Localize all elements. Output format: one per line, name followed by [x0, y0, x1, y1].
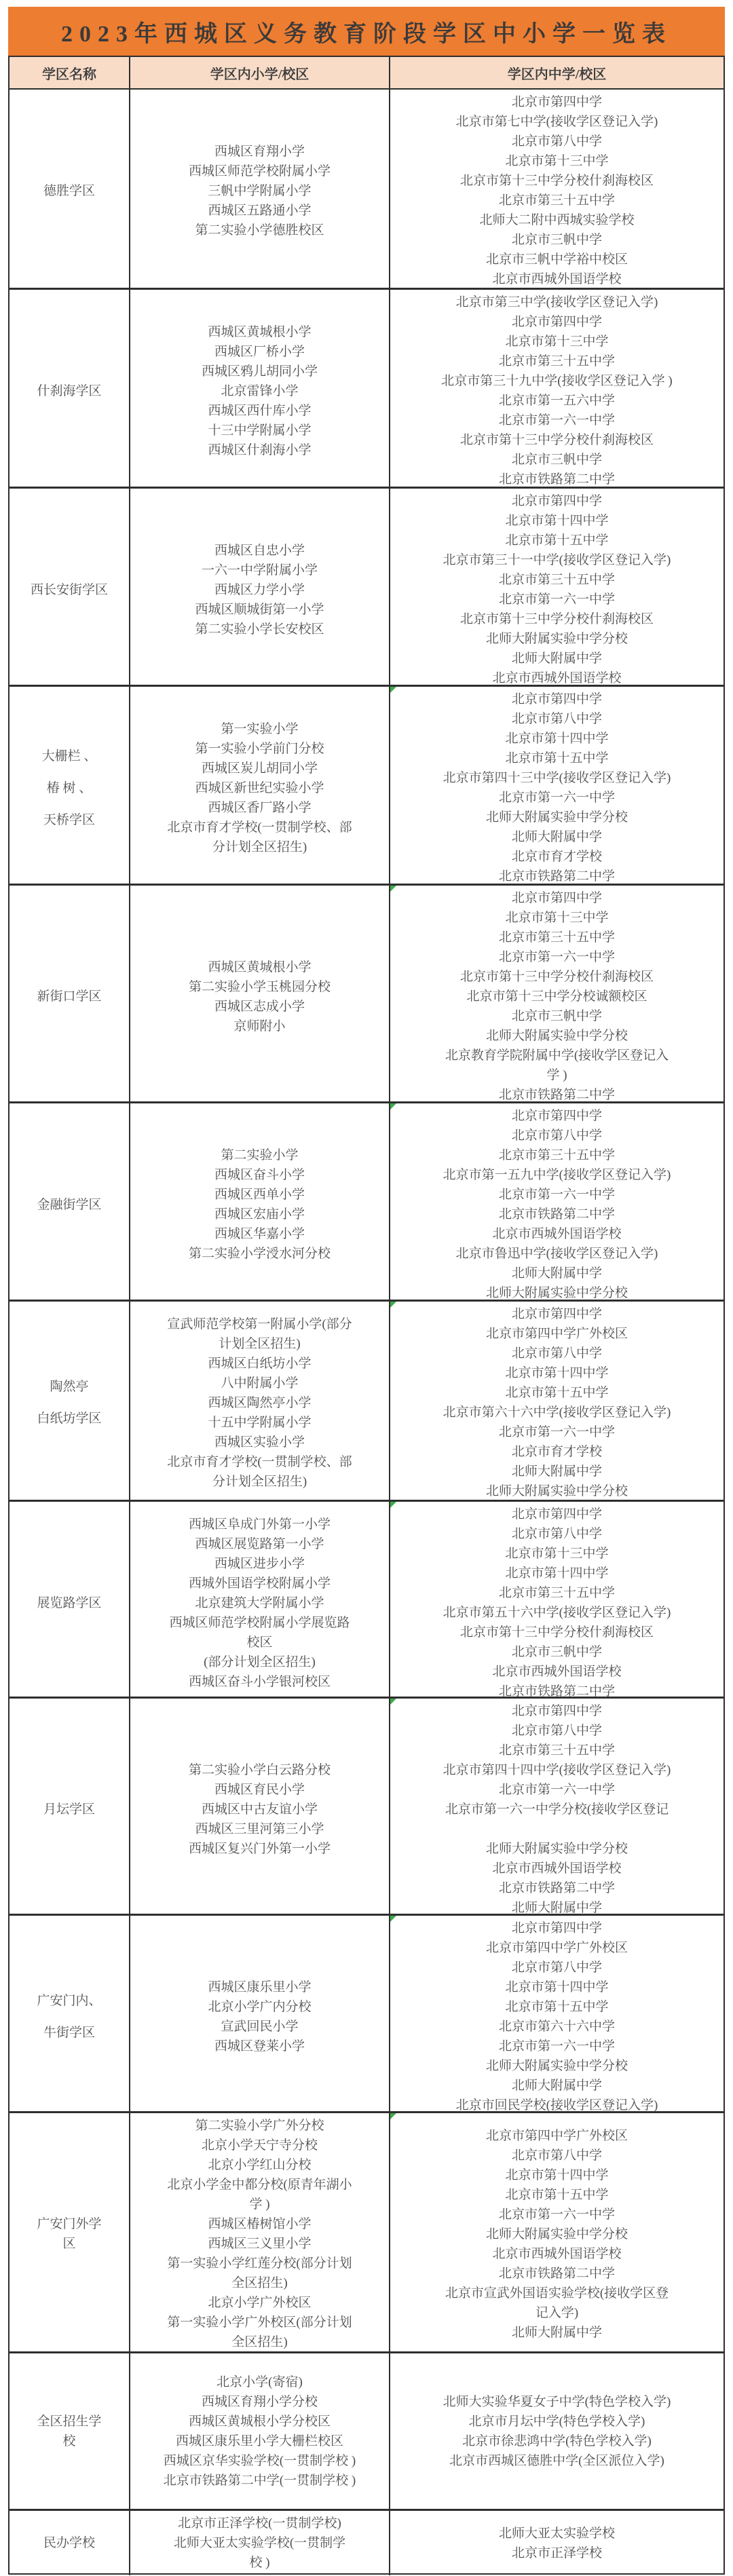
- primary-school-name: 第二实验小学: [221, 1145, 298, 1165]
- table-header-row: 学区名称 学区内小学/校区 学区内中学/校区: [10, 57, 723, 90]
- secondary-school-name: 北京市三帆中学: [512, 230, 602, 250]
- secondary-school-name: 北京市第四中学: [512, 312, 602, 332]
- secondary-school-name: 北京市西城外国语学校: [492, 668, 621, 688]
- primary-school-name: 十三中学附属小学: [208, 421, 311, 440]
- table-row: 西长安街学区西城区自忠小学一六一中学附属小学西城区力学小学西城区顺城街第一小学第…: [10, 487, 723, 685]
- secondary-school-name: 北京市第十四中学: [505, 1564, 608, 1583]
- primary-school-name: 西城区志成小学: [214, 997, 305, 1017]
- secondary-school-name: 北师大亚太实验学校: [499, 2524, 615, 2543]
- secondary-school-name: 北京市铁路第二中学: [499, 2264, 615, 2284]
- district-name-line: 什刹海学区: [37, 381, 101, 401]
- secondary-school-name: 北京市第十四中学: [505, 2165, 608, 2185]
- district-name-line: 德胜学区: [43, 181, 95, 201]
- primary-school-name: 北京市育才学校(一贯制学校、部 分计划全区招生): [167, 818, 352, 857]
- district-name-line: 区: [62, 2234, 75, 2254]
- secondary-school-name: 北京市第四中学: [512, 1918, 602, 1938]
- secondary-school-name: 北京市第一六一中学分校(接收学区登记: [445, 1800, 669, 1819]
- secondary-school-name: 北京市铁路第二中学: [499, 470, 615, 489]
- excel-green-triangle-icon: [390, 687, 396, 693]
- primary-school-name: 西城区五路通小学: [208, 201, 311, 221]
- primary-school-name: 京师附小: [233, 1017, 285, 1036]
- secondary-school-name: 北京市月坛中学(特色学校入学): [469, 2412, 645, 2431]
- secondary-schools-cell: 北京市第四中学北京市第十三中学北京市第三十五中学北京市第一六一中学北京市第十三中…: [390, 886, 723, 1107]
- secondary-schools-cell: 北师大亚太实验学校北京市正泽学校: [390, 2511, 723, 2575]
- district-name-line: 全区招生学: [37, 2412, 101, 2431]
- secondary-school-name: 北京市第十三中学: [505, 151, 608, 171]
- primary-school-name: 北京建筑大学附属小学: [195, 1593, 324, 1613]
- table-row: 民办学校北京市正泽学校(一贯制学校)北师大亚太实验学校(一贯制学 校 )北师大亚…: [10, 2509, 723, 2573]
- secondary-school-name: 北京市第八中学: [512, 1344, 602, 1363]
- primary-school-name: 西城区黄城根小学: [208, 958, 311, 977]
- primary-school-name: 西城区陶然亭小学: [208, 1393, 311, 1413]
- secondary-school-name: 北京市第十四中学: [505, 1977, 608, 1997]
- primary-school-name: 西城区黄城根小学分校区: [189, 2412, 331, 2431]
- secondary-school-name: 北京市第十三中学分校什刹海校区: [460, 430, 654, 450]
- district-name-cell: 陶然亭白纸坊学区: [10, 1302, 130, 1504]
- secondary-school-name: 北京市鲁迅中学(接收学区登记入学): [456, 1244, 658, 1264]
- primary-school-name: 北京小学广外校区: [208, 2293, 311, 2313]
- secondary-school-name: 北京市第六十六中学: [499, 2017, 615, 2037]
- table-row: 陶然亭白纸坊学区宣武师范学校第一附属小学(部分 计划全区招生)西城区白纸坊小学八…: [10, 1300, 723, 1500]
- primary-schools-cell: 西城区康乐里小学北京小学广内分校宣武回民小学西城区登莱小学: [130, 1916, 390, 2118]
- secondary-school-name: 北京市第四十三中学(接收学区登记入学): [443, 768, 671, 788]
- secondary-school-name: 北京市第十三中学分校什刹海校区: [460, 967, 654, 987]
- primary-school-name: 西城区宏庙小学: [214, 1205, 305, 1224]
- primary-school-name: 北京雷锋小学: [221, 381, 298, 401]
- secondary-school-name: 北京市第三十一中学(接收学区登记入学): [443, 550, 671, 570]
- primary-school-name: 西城区师范学校附属小学展览路 校区 (部分计划全区招生): [169, 1613, 350, 1672]
- secondary-school-name: 北京市铁路第二中学: [499, 1205, 615, 1224]
- primary-school-name: 北京市正泽学校(一贯制学校): [178, 2514, 341, 2533]
- secondary-school-name: 北京市正泽学校: [512, 2543, 602, 2563]
- secondary-school-name: 北师大附属中学: [512, 1898, 602, 1918]
- primary-school-name: 西城区香厂路小学: [208, 798, 311, 818]
- primary-school-name: 第二实验小学德胜校区: [195, 221, 324, 240]
- header-district-name: 学区名称: [10, 57, 130, 88]
- district-name-line: 天桥学区: [43, 810, 95, 830]
- secondary-school-name: 北师大附属实验中学分校: [486, 1283, 628, 1303]
- secondary-school-name: 北京市第八中学: [512, 1958, 602, 1977]
- primary-schools-cell: 西城区阜成门外第一小学西城区展览路第一小学西城区进步小学西城外国语学校附属小学北…: [130, 1502, 390, 1704]
- secondary-school-name: 北京市西城区德胜中学(全区派位入学): [449, 2451, 664, 2471]
- district-name-line: 白纸坊学区: [37, 1409, 101, 1428]
- district-name-cell: 西长安街学区: [10, 489, 130, 691]
- secondary-schools-cell: 北京市第四中学北京市第七中学(接收学区登记入学)北京市第八中学北京市第十三中学北…: [390, 90, 723, 292]
- secondary-schools-cell: 北师大实验华夏女子中学(特色学校入学)北京市月坛中学(特色学校入学)北京市徐悲鸿…: [390, 2353, 723, 2509]
- secondary-schools-cell: 北京市第四中学北京市第四中学广外校区北京市第八中学北京市第十四中学北京市第十五中…: [390, 1302, 723, 1504]
- primary-school-name: 西城区阜成门外第一小学: [189, 1515, 331, 1534]
- secondary-school-name: 北师大附属中学: [512, 2076, 602, 2096]
- secondary-school-name: 北京市第一六一中学: [499, 1422, 615, 1442]
- secondary-school-name: 北京市第四中学广外校区: [486, 2126, 628, 2146]
- page: 2023年西城区义务教育阶段学区中小学一览表 学区名称 学区内小学/校区 学区内…: [0, 0, 733, 2575]
- secondary-school-name: 北京市育才学校: [512, 847, 602, 867]
- secondary-school-name: 北京市西城外国语学校: [492, 1224, 621, 1244]
- secondary-school-name: 北京市育才学校: [512, 1442, 602, 1462]
- secondary-school-name: 北京市第七中学(接收学区登记入学): [456, 112, 658, 132]
- table-row: 新街口学区西城区黄城根小学第二实验小学玉桃园分校西城区志成小学京师附小北京市第四…: [10, 884, 723, 1101]
- secondary-schools-cell: 北京市第三中学(接收学区登记入学)北京市第四中学北京市第十三中学北京市第三十五中…: [390, 290, 723, 492]
- primary-school-name: 西城区康乐里小学大栅栏校区: [176, 2431, 343, 2451]
- secondary-schools-cell: 北京市第四中学北京市第八中学北京市第三十五中学北京市第一五九中学(接收学区登记入…: [390, 1103, 723, 1306]
- district-name-line: 月坛学区: [43, 1800, 95, 1819]
- table-row: 广安门内、牛街学区西城区康乐里小学北京小学广内分校宣武回民小学西城区登莱小学北京…: [10, 1914, 723, 2111]
- secondary-school-name: 北师大附属实验中学分校: [486, 808, 628, 827]
- primary-school-name: 三帆中学附属小学: [208, 181, 311, 201]
- secondary-school-name: 北京市第四十四中学(接收学区登记入学): [443, 1760, 671, 1780]
- primary-school-name: 西城区复兴门外第一小学: [189, 1839, 331, 1859]
- excel-green-triangle-icon: [390, 1103, 396, 1110]
- secondary-school-name: 北京市铁路第二中学: [499, 1878, 615, 1898]
- secondary-school-name: 北京市第三十五中学: [499, 1741, 615, 1760]
- primary-school-name: 西城区育民小学: [214, 1780, 305, 1800]
- excel-green-triangle-icon: [390, 1302, 396, 1308]
- primary-school-name: 宣武师范学校第一附属小学(部分 计划全区招生): [167, 1314, 352, 1354]
- district-name-cell: 广安门外学区: [10, 2113, 130, 2355]
- secondary-school-name: 北京市第四中学广外校区: [486, 1324, 628, 1344]
- district-name-cell: 大栅栏 、椿 树 、天桥学区: [10, 687, 130, 889]
- primary-school-name: 一六一中学附属小学: [202, 561, 318, 580]
- primary-school-name: 西城区华嘉小学: [214, 1224, 305, 1244]
- secondary-school-name: 北京市第八中学: [512, 2146, 602, 2165]
- secondary-school-name: 北京市第一六一中学: [499, 2037, 615, 2056]
- secondary-school-name: 北京市第三十五中学: [499, 352, 615, 371]
- secondary-school-name: 北师大附属实验中学分校: [486, 1026, 628, 1046]
- primary-school-name: 北京市育才学校(一贯制学校、部 分计划全区招生): [167, 1452, 352, 1492]
- excel-green-triangle-icon: [390, 2113, 396, 2119]
- district-name-cell: 民办学校: [10, 2511, 130, 2575]
- secondary-schools-cell: 北京市第四中学北京市第四中学广外校区北京市第八中学北京市第十四中学北京市第十五中…: [390, 1916, 723, 2118]
- district-name-line: 广安门内、: [37, 1991, 101, 2011]
- secondary-school-name: 北京市第四中学: [512, 1304, 602, 1324]
- primary-school-name: 北京小学天宁寺分校: [202, 2136, 318, 2155]
- table-row: 展览路学区西城区阜成门外第一小学西城区展览路第一小学西城区进步小学西城外国语学校…: [10, 1500, 723, 1697]
- primary-school-name: 北京小学(寄宿): [217, 2372, 303, 2392]
- secondary-school-name: 北京市第十五中学: [505, 1383, 608, 1403]
- primary-school-name: 宣武回民小学: [221, 2017, 298, 2037]
- primary-schools-cell: 第一实验小学第一实验小学前门分校西城区炭儿胡同小学西城区新世纪实验小学西城区香厂…: [130, 687, 390, 889]
- secondary-school-name: 北师大附属实验中学分校: [486, 2224, 628, 2244]
- primary-school-name: 西城区京华实验学校(一贯制学校 ): [164, 2451, 356, 2471]
- secondary-school-name: 北京市第八中学: [512, 132, 602, 151]
- table-row: 德胜学区西城区育翔小学西城区师范学校附属小学三帆中学附属小学西城区五路通小学第二…: [10, 90, 723, 288]
- secondary-school-name: 北京市第八中学: [512, 1721, 602, 1741]
- secondary-school-name: 北京市第四中学: [512, 888, 602, 908]
- district-name-cell: 广安门内、牛街学区: [10, 1916, 130, 2118]
- district-name-line: 西长安街学区: [31, 580, 108, 600]
- district-name-cell: 展览路学区: [10, 1502, 130, 1704]
- district-name-cell: 新街口学区: [10, 886, 130, 1107]
- primary-school-name: 西城区西单小学: [214, 1185, 305, 1205]
- secondary-school-name: 北京市第十四中学: [505, 511, 608, 531]
- primary-school-name: 西城区中古友谊小学: [202, 1800, 318, 1819]
- primary-school-name: 第一实验小学前门分校: [195, 739, 324, 759]
- secondary-school-name: 北师大附属中学: [512, 1462, 602, 1481]
- secondary-school-name: 北京市第八中学: [512, 1524, 602, 1544]
- page-title: 2023年西城区义务教育阶段学区中小学一览表: [8, 7, 725, 56]
- primary-school-name: 西城区实验小学: [214, 1433, 305, 1452]
- excel-green-triangle-icon: [390, 886, 396, 892]
- secondary-school-name: 北京市第三十五中学: [499, 928, 615, 947]
- secondary-school-name: 北京市三帆中学: [512, 1642, 602, 1662]
- secondary-school-name: 北京市第四中学: [512, 92, 602, 112]
- district-name-line: 新街口学区: [37, 987, 101, 1006]
- header-secondary-schools: 学区内中学/校区: [390, 57, 723, 88]
- primary-school-name: 西城区康乐里小学: [208, 1977, 311, 1997]
- secondary-school-name: 北京市第一五六中学: [499, 391, 615, 411]
- secondary-school-name: 北京市第一六一中学: [499, 1185, 615, 1205]
- primary-school-name: 第二实验小学玉桃园分校: [189, 977, 331, 997]
- secondary-school-name: 北京市第十三中学: [505, 1544, 608, 1564]
- primary-school-name: 八中附属小学: [221, 1374, 298, 1393]
- secondary-school-name: 北师大附属中学: [512, 649, 602, 668]
- secondary-school-name: 北京市第六十六中学(接收学区登记入学): [443, 1403, 671, 1422]
- secondary-school-name: 北京市第四中学广外校区: [486, 1938, 628, 1958]
- secondary-school-name: 北京市第三十五中学: [499, 191, 615, 210]
- secondary-school-name: 北京市铁路第二中学: [499, 1085, 615, 1105]
- primary-school-name: 西城区奋斗小学银河校区: [189, 1672, 331, 1692]
- secondary-school-name: 北京市第十三中学分校什刹海校区: [460, 171, 654, 191]
- secondary-school-name: 北京市第一六一中学: [499, 2205, 615, 2224]
- primary-schools-cell: 第二实验小学广外分校北京小学天宁寺分校北京小学红山分校北京小学金中都分校(原青年…: [130, 2113, 390, 2355]
- secondary-school-name: 北京市徐悲鸿中学(特色学校入学): [462, 2431, 652, 2451]
- primary-school-name: 西城区三里河第三小学: [195, 1819, 324, 1839]
- secondary-school-name: 北京市第十五中学: [505, 1997, 608, 2017]
- secondary-school-name: 北京市第十五中学: [505, 749, 608, 768]
- primary-school-name: 西城区什刹海小学: [208, 440, 311, 460]
- table-row: 什刹海学区西城区黄城根小学西城区厂桥小学西城区鸦儿胡同小学北京雷锋小学西城区西什…: [10, 288, 723, 487]
- primary-school-name: 第二实验小学广外分校: [195, 2116, 324, 2136]
- secondary-school-name: 北京市铁路第二中学: [499, 867, 615, 886]
- primary-school-name: 十五中学附属小学: [208, 1413, 311, 1433]
- secondary-school-name: 北京市第十五中学: [505, 531, 608, 550]
- district-name-cell: 月坛学区: [10, 1699, 130, 1920]
- primary-school-name: 西城区炭儿胡同小学: [202, 759, 318, 778]
- primary-school-name: 西城区三义里小学: [208, 2234, 311, 2254]
- primary-school-name: 西城区鸦儿胡同小学: [202, 362, 318, 381]
- secondary-school-name: 北京市回民学校(接收学区登记入学): [456, 2096, 658, 2115]
- table-row: 全区招生学校北京小学(寄宿)西城区育翔小学分校西城区黄城根小学分校区西城区康乐里…: [10, 2351, 723, 2509]
- secondary-schools-cell: 北京市第四中学北京市第八中学北京市第十四中学北京市第十五中学北京市第四十三中学(…: [390, 687, 723, 889]
- primary-schools-cell: 西城区黄城根小学第二实验小学玉桃园分校西城区志成小学京师附小: [130, 886, 390, 1107]
- primary-school-name: 西城区登莱小学: [214, 2037, 305, 2056]
- secondary-school-name: 北京市第一六一中学: [499, 590, 615, 609]
- district-name-line: 金融街学区: [37, 1195, 101, 1215]
- district-name-line: 广安门外学: [37, 2214, 101, 2234]
- secondary-school-name: 北京市第三十九中学(接收学区登记入学 ): [441, 371, 672, 391]
- primary-school-name: 西城区椿树馆小学: [208, 2214, 311, 2234]
- secondary-school-name: 北京市西城外国语学校: [492, 269, 621, 289]
- primary-schools-cell: 宣武师范学校第一附属小学(部分 计划全区招生)西城区白纸坊小学八中附属小学西城区…: [130, 1302, 390, 1504]
- primary-school-name: 西城外国语学校附属小学: [189, 1574, 331, 1593]
- primary-school-name: 西城区西什库小学: [208, 401, 311, 421]
- primary-school-name: 西城区进步小学: [214, 1554, 305, 1574]
- secondary-school-name: 北师大二附中西城实验学校: [479, 210, 634, 230]
- secondary-school-name: 北师大附属中学: [512, 1264, 602, 1283]
- district-name-line: 校: [62, 2431, 75, 2451]
- secondary-school-name: 北京市第一六一中学: [499, 947, 615, 967]
- district-name-line: 椿 树 、: [47, 778, 92, 798]
- secondary-school-name: 北师大实验华夏女子中学(特色学校入学): [443, 2392, 671, 2412]
- secondary-schools-cell: 北京市第四中学广外校区北京市第八中学北京市第十四中学北京市第十五中学北京市第一六…: [390, 2113, 723, 2355]
- district-name-cell: 全区招生学校: [10, 2353, 130, 2509]
- secondary-school-name: 北京市第三十五中学: [499, 1145, 615, 1165]
- primary-school-name: 西城区力学小学: [214, 580, 305, 600]
- excel-green-triangle-icon: [390, 1916, 396, 1922]
- secondary-school-name: 北京市第十五中学: [505, 2185, 608, 2205]
- primary-school-name: 西城区师范学校附属小学: [189, 162, 331, 181]
- table-row: 广安门外学区第二实验小学广外分校北京小学天宁寺分校北京小学红山分校北京小学金中都…: [10, 2111, 723, 2351]
- secondary-school-name: 北京市第四中学: [512, 1106, 602, 1126]
- secondary-schools-cell: 北京市第四中学北京市第十四中学北京市第十五中学北京市第三十一中学(接收学区登记入…: [390, 489, 723, 691]
- primary-school-name: 西城区自忠小学: [214, 541, 305, 561]
- primary-school-name: 第二实验小学白云路分校: [189, 1760, 331, 1780]
- school-district-table: 学区名称 学区内小学/校区 学区内中学/校区 德胜学区西城区育翔小学西城区师范学…: [8, 56, 725, 2575]
- primary-school-name: 北京小学红山分校: [208, 2155, 311, 2175]
- secondary-school-name: 北京市第四中学: [512, 689, 602, 709]
- excel-green-triangle-icon: [390, 1502, 396, 1508]
- table-row: 大栅栏 、椿 树 、天桥学区第一实验小学第一实验小学前门分校西城区炭儿胡同小学西…: [10, 685, 723, 884]
- secondary-school-name: 北京市第四中学: [512, 1701, 602, 1721]
- secondary-school-name: 北师大附属中学: [512, 827, 602, 847]
- secondary-school-name: [555, 1819, 559, 1839]
- secondary-school-name: 北京市第十三中学: [505, 332, 608, 352]
- secondary-school-name: 北京市三帆中学裕中校区: [486, 250, 628, 269]
- district-name-line: 大栅栏 、: [42, 746, 97, 766]
- secondary-school-name: 北京市第十三中学分校什刹海校区: [460, 1623, 654, 1642]
- table-row: 月坛学区第二实验小学白云路分校西城区育民小学西城区中古友谊小学西城区三里河第三小…: [10, 1697, 723, 1914]
- secondary-school-name: 北师大附属实验中学分校: [486, 1839, 628, 1859]
- primary-school-name: 西城区黄城根小学: [208, 322, 311, 342]
- district-name-line: 展览路学区: [37, 1593, 101, 1613]
- primary-schools-cell: 西城区黄城根小学西城区厂桥小学西城区鸦儿胡同小学北京雷锋小学西城区西什库小学十三…: [130, 290, 390, 492]
- secondary-school-name: 北京教育学院附属中学(接收学区登记入 学 ): [445, 1046, 669, 1085]
- secondary-school-name: 北师大附属实验中学分校: [486, 1481, 628, 1501]
- secondary-school-name: 北师大附属实验中学分校: [486, 629, 628, 649]
- primary-schools-cell: 第二实验小学西城区奋斗小学西城区西单小学西城区宏庙小学西城区华嘉小学第二实验小学…: [130, 1103, 390, 1306]
- secondary-school-name: 北京市第四中学: [512, 491, 602, 511]
- secondary-school-name: 北京市西城外国语学校: [492, 2244, 621, 2264]
- primary-school-name: 西城区育翔小学: [214, 142, 305, 162]
- secondary-school-name: 北京市第三十五中学: [499, 1583, 615, 1603]
- secondary-school-name: 北京市第十三中学分校诚额校区: [466, 987, 647, 1006]
- secondary-school-name: 北京市第一六一中学: [499, 411, 615, 430]
- table-body: 德胜学区西城区育翔小学西城区师范学校附属小学三帆中学附属小学西城区五路通小学第二…: [10, 90, 723, 2573]
- primary-school-name: 第二实验小学长安校区: [195, 620, 324, 639]
- table-row: 金融街学区第二实验小学西城区奋斗小学西城区西单小学西城区宏庙小学西城区华嘉小学第…: [10, 1101, 723, 1300]
- primary-school-name: 北京小学金中都分校(原青年湖小 学 ): [167, 2175, 352, 2214]
- primary-schools-cell: 西城区自忠小学一六一中学附属小学西城区力学小学西城区顺城街第一小学第二实验小学长…: [130, 489, 390, 691]
- primary-school-name: 西城区白纸坊小学: [208, 1354, 311, 1374]
- primary-school-name: 西城区厂桥小学: [214, 342, 305, 362]
- secondary-school-name: 北京市西城外国语学校: [492, 1662, 621, 1682]
- primary-schools-cell: 西城区育翔小学西城区师范学校附属小学三帆中学附属小学西城区五路通小学第二实验小学…: [130, 90, 390, 292]
- primary-school-name: 第一实验小学广外校区(部分计划 全区招生): [167, 2313, 352, 2352]
- header-primary-schools: 学区内小学/校区: [130, 57, 390, 88]
- secondary-school-name: 北京市第一六一中学: [499, 788, 615, 808]
- secondary-school-name: 北京市第八中学: [512, 709, 602, 729]
- secondary-school-name: 北京市第十四中学: [505, 1363, 608, 1383]
- primary-schools-cell: 第二实验小学白云路分校西城区育民小学西城区中古友谊小学西城区三里河第三小学西城区…: [130, 1699, 390, 1920]
- primary-school-name: 西城区顺城街第一小学: [195, 600, 324, 620]
- secondary-school-name: 北京市第三中学(接收学区登记入学): [456, 292, 658, 312]
- secondary-school-name: 北京市第一六一中学: [499, 1780, 615, 1800]
- primary-schools-cell: 北京市正泽学校(一贯制学校)北师大亚太实验学校(一贯制学 校 ): [130, 2511, 390, 2575]
- secondary-school-name: 北京市第八中学: [512, 1126, 602, 1145]
- primary-school-name: 西城区展览路第一小学: [195, 1534, 324, 1554]
- primary-school-name: 西城区奋斗小学: [214, 1165, 305, 1185]
- secondary-school-name: 北京市第十三中学: [505, 908, 608, 928]
- secondary-school-name: 北师大附属实验中学分校: [486, 2056, 628, 2076]
- secondary-school-name: 北京市第十四中学: [505, 729, 608, 749]
- district-name-line: 民办学校: [43, 2533, 95, 2553]
- secondary-school-name: 北京市宣武外国语实验学校(接收学区登 记入学): [445, 2284, 669, 2323]
- secondary-school-name: 北师大附属中学: [512, 2323, 602, 2343]
- district-name-line: 牛街学区: [43, 2023, 95, 2043]
- primary-school-name: 第一实验小学红莲分校(部分计划 全区招生): [167, 2254, 352, 2293]
- primary-school-name: 西城区新世纪实验小学: [195, 778, 324, 798]
- district-name-cell: 德胜学区: [10, 90, 130, 292]
- primary-school-name: 北京市铁路第二中学(一贯制学校 ): [164, 2471, 356, 2490]
- secondary-school-name: 北京市三帆中学: [512, 1006, 602, 1026]
- secondary-school-name: 北京市第三十五中学: [499, 570, 615, 590]
- primary-school-name: 北京小学广内分校: [208, 1997, 311, 2017]
- primary-school-name: 第二实验小学涭水河分校: [189, 1244, 331, 1264]
- excel-green-triangle-icon: [390, 1699, 396, 1705]
- secondary-school-name: 北京市第四中学: [512, 1504, 602, 1524]
- district-name-line: 陶然亭: [50, 1377, 88, 1397]
- secondary-school-name: 北京市第十三中学分校什刹海校区: [460, 609, 654, 629]
- primary-school-name: 第一实验小学: [221, 719, 298, 739]
- district-name-cell: 金融街学区: [10, 1103, 130, 1306]
- secondary-school-name: 北京市西城外国语学校: [492, 1859, 621, 1878]
- primary-school-name: 北师大亚太实验学校(一贯制学 校 ): [174, 2533, 345, 2573]
- secondary-school-name: 北京市第一五九中学(接收学区登记入学): [443, 1165, 671, 1185]
- district-name-cell: 什刹海学区: [10, 290, 130, 492]
- secondary-schools-cell: 北京市第四中学北京市第八中学北京市第十三中学北京市第十四中学北京市第三十五中学北…: [390, 1502, 723, 1704]
- primary-schools-cell: 北京小学(寄宿)西城区育翔小学分校西城区黄城根小学分校区西城区康乐里小学大栅栏校…: [130, 2353, 390, 2509]
- primary-school-name: 西城区育翔小学分校: [202, 2392, 318, 2412]
- secondary-school-name: 北京市三帆中学: [512, 450, 602, 470]
- secondary-schools-cell: 北京市第四中学北京市第八中学北京市第三十五中学北京市第四十四中学(接收学区登记入…: [390, 1699, 723, 1920]
- secondary-school-name: 北京市第五十六中学(接收学区登记入学): [443, 1603, 671, 1623]
